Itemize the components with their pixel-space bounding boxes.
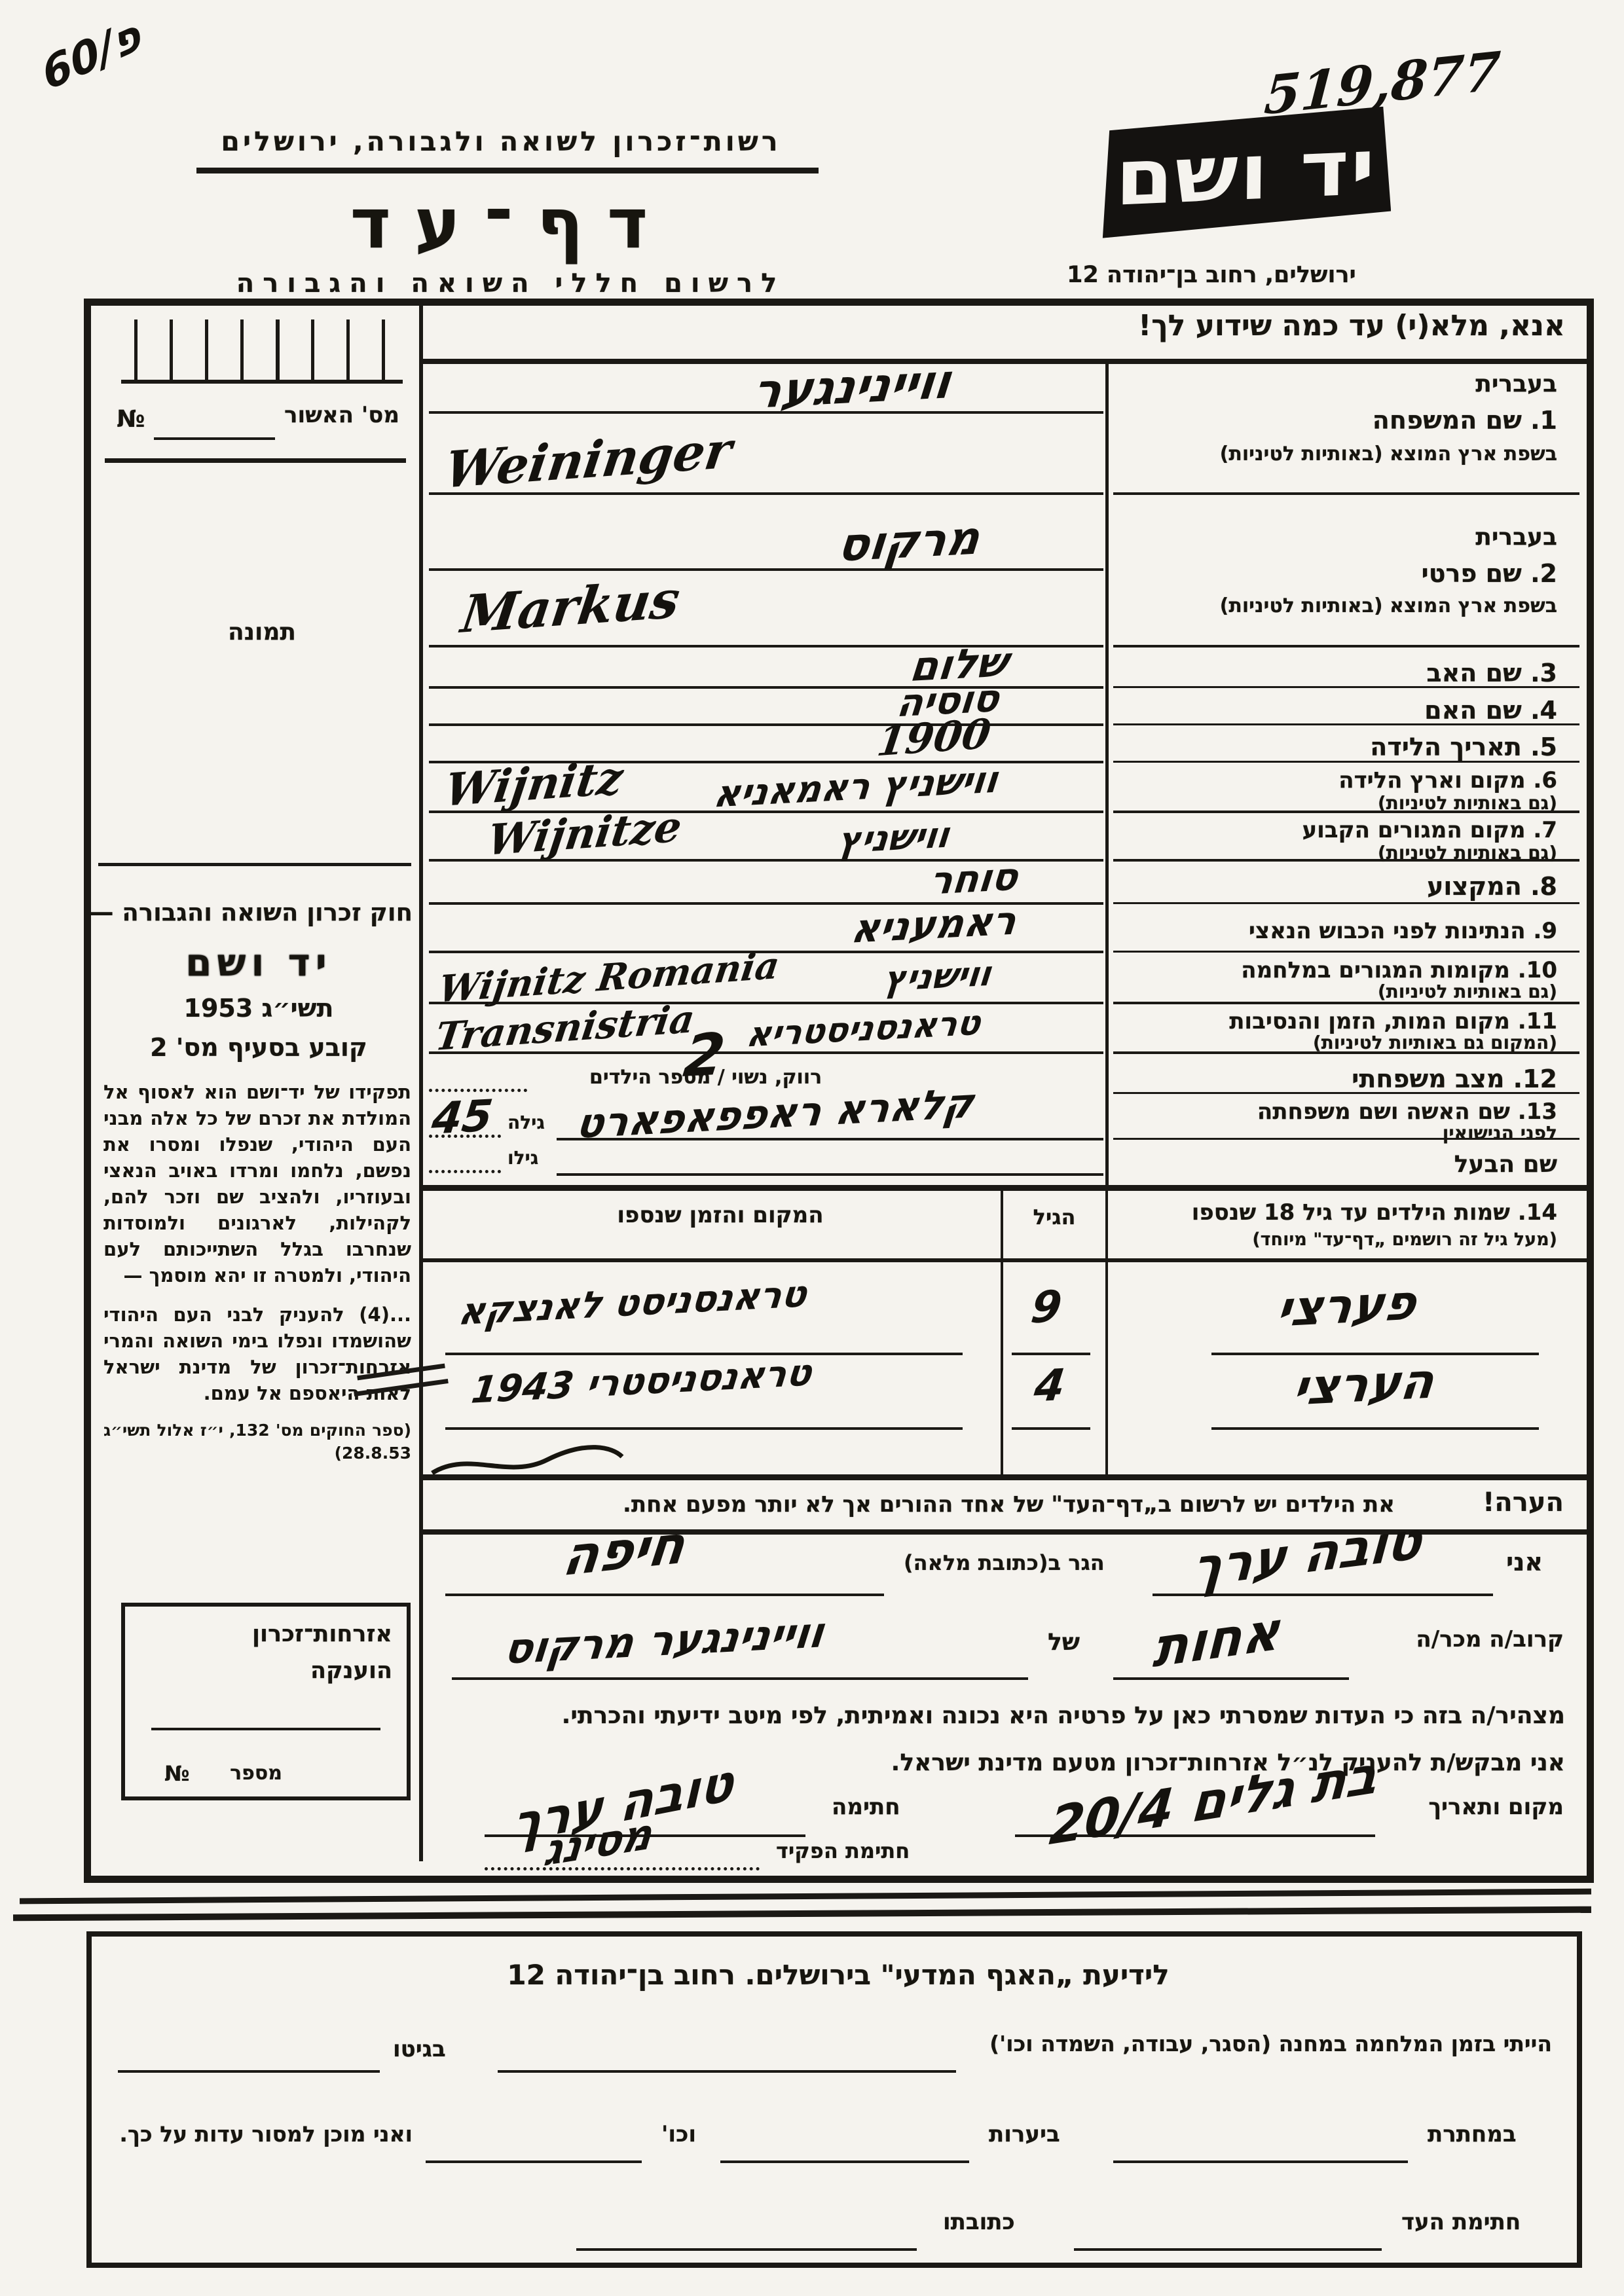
note-emphasis: הערה! [1408, 1487, 1564, 1518]
relation-of-label: של [1048, 1629, 1080, 1656]
etc-label: וכו' [661, 2121, 696, 2147]
relation-line [1113, 1677, 1349, 1680]
law-reference: (ספר החוקים מס' 132, י״ז אלול תשי״ג 28.8… [103, 1419, 411, 1465]
label-rule [1113, 902, 1579, 904]
label-rule [1113, 859, 1579, 862]
husband-age-label: גילו [507, 1147, 538, 1169]
field-10-sublabel: (גם באותיות לטיניות) [1113, 981, 1557, 1002]
wife-age-hw: 45 [429, 1090, 495, 1144]
field-2-lang-label: בעברית [1113, 524, 1557, 551]
child-row-2-line [445, 1427, 963, 1430]
label-rule [1113, 1002, 1579, 1004]
comb-ruler [121, 319, 403, 385]
yad-vashem-stamp: יד ושם [1099, 106, 1392, 238]
citizenship-line1: אזרחות־זכרון [252, 1621, 392, 1647]
citizenship-line2: הוענקה [310, 1658, 392, 1684]
child-row-2-age: 4 [1031, 1359, 1067, 1412]
relation-label: קרוב/ה מכר/ה [1362, 1626, 1564, 1652]
field-2-sublabel: בשפת ארץ המוצא (באותיות לטיניות) [1113, 594, 1557, 617]
answer-line [429, 686, 1103, 689]
law-heading: חוק זכרון השואה והגבורה — [105, 898, 413, 926]
corner-mark-handwritten: פ/60 [37, 9, 146, 101]
comb-tick [134, 319, 138, 380]
form-title: דף־עד [327, 183, 694, 264]
profession-hw: סוחר [927, 854, 1020, 903]
left-column-divider [419, 306, 423, 1861]
law-block-top-rule [98, 863, 411, 866]
field-2-label: 2. שם פרטי [1113, 559, 1557, 588]
field-8-label: 8. המקצוע [1113, 872, 1557, 901]
citizenship-blank-line [151, 1728, 380, 1730]
form-subtitle: לרשום חללי השואה והגבורה [236, 268, 786, 299]
label-rule [1113, 492, 1579, 495]
underground-label: במחתרת [1428, 2121, 1517, 2147]
note-text: את הילדים יש לרשום ב„דף־העד" של אחד ההור… [458, 1491, 1395, 1518]
comb-tick [311, 319, 314, 380]
signature-label: חתימה [832, 1794, 900, 1820]
label-rule [1113, 686, 1579, 688]
child-row-1-line [1012, 1353, 1090, 1355]
law-text-block: תפקידו של יד־ושם הוא לאסוף אל המולדת את … [103, 1079, 411, 1478]
label-rule [1113, 951, 1579, 953]
comb-tick [346, 319, 350, 380]
declaration-i-label: אני [1506, 1548, 1543, 1576]
children-age-col-right-divider [1105, 1185, 1108, 1474]
husband-name-label: שם הבעל [1113, 1151, 1557, 1178]
approval-underline [105, 458, 406, 463]
field-13-label: 13. שם האשה ושם משפחתה [1113, 1099, 1557, 1125]
field-6-label: 6. מקום וארץ הלידה [1113, 767, 1557, 793]
approval-number-sign: № [117, 406, 145, 433]
answer-line [429, 568, 1103, 571]
ghetto-blank-line [118, 2070, 380, 2073]
residence-hebrew-hw: ווישניץ [836, 814, 951, 861]
answer-line [429, 723, 1103, 726]
witness-address-label: כתובתו [943, 2209, 1015, 2235]
camp-label: הייתי בזמן המלחמה במחנה (הסגר, עבודה, הש… [969, 2031, 1552, 2056]
child-row-2-name: הערצי [1290, 1353, 1437, 1417]
label-rule [1113, 1051, 1579, 1054]
field-1-sublabel: בשפת ארץ המוצא (באותיות לטיניות) [1113, 443, 1557, 465]
instruction-underline [423, 359, 1593, 364]
testify-label: ואני מוכן למסור עדות על כך. [105, 2121, 413, 2147]
authority-title: רשות־זכרון לשואה ולגבורה, ירושלים [170, 126, 832, 157]
wartime-residence-hebrew-hw: ווישניץ [881, 954, 993, 999]
label-rule [1113, 1138, 1579, 1140]
label-rule [1113, 1092, 1579, 1094]
field-7-label: 7. מקום המגורים הקבוע [1113, 817, 1557, 843]
witness-sign-label: חתימת העד [1401, 2209, 1521, 2235]
scanned-testimony-page: { "document": { "corner_mark": "פ/60", "… [0, 0, 1624, 2296]
label-rule [1113, 811, 1579, 813]
witness-sign-blank-line [1074, 2248, 1382, 2251]
field-1-lang-label: בעברית [1113, 371, 1557, 397]
clerk-signature-line [485, 1867, 760, 1870]
yad-vashem-stamp-text: יד ושם [1115, 121, 1377, 223]
subject-name-line [452, 1677, 1028, 1680]
comb-tick [205, 319, 208, 380]
forests-blank-line [720, 2160, 969, 2163]
citizenship-hw: ראמעניא [849, 898, 1019, 953]
citizenship-number-sign: № [164, 1761, 190, 1786]
wife-age-label: גילה [507, 1112, 545, 1133]
etc-blank-line [426, 2160, 642, 2163]
family-name-hebrew-hw: וויינינגער [750, 354, 954, 419]
photo-placeholder-label: תמונה [196, 619, 327, 646]
label-column-divider [1105, 363, 1109, 1185]
birth-year-hw: 1900 [874, 710, 994, 766]
field-3-label: 3. שם האב [1113, 659, 1557, 687]
label-rule [1113, 761, 1579, 763]
place-date-label: מקום ותאריך [1388, 1794, 1564, 1820]
camp-blank-line [498, 2070, 956, 2073]
children-title-sub: (מעל גיל זה רושמים „דף־עד" מיוחד) [1113, 1230, 1557, 1250]
citizenship-number-label: מספר [230, 1762, 282, 1785]
field-11-sublabel: (המקום גם באותיות לטיניות) [1113, 1032, 1557, 1053]
authority-underline [196, 168, 819, 173]
header-address: ירושלים, רחוב בן־יהודה 12 [1002, 262, 1421, 288]
approval-number-label: מס' האשור [282, 402, 399, 428]
child-row-1-line [445, 1353, 963, 1355]
comb-baseline [121, 380, 403, 384]
declaration-address-label: הגר ב(כתובת מלאה) [904, 1550, 1105, 1575]
witness-address-blank-line [576, 2248, 917, 2251]
comb-tick [240, 319, 244, 380]
comb-tick [170, 319, 173, 380]
law-logo: יד ושם [144, 940, 373, 985]
children-header-bottom-rule [423, 1258, 1593, 1262]
approval-number-line [154, 437, 275, 440]
page-divider-rule [20, 1889, 1591, 1904]
law-year: תשי״ג 1953 [144, 994, 373, 1023]
field-9-label: 9. הנתינות לפני הכבוש הנאצי [1113, 918, 1557, 944]
law-body: תפקידו של יד־ושם הוא לאסוף אל המולדת את … [103, 1079, 411, 1288]
declaration-statement: מצהיר/ה בזה כי העדות שמסרתי כאן על פרטיה… [458, 1702, 1565, 1729]
forests-label: ביערות [989, 2121, 1060, 2147]
husband-age-leader [429, 1170, 501, 1173]
scientific-branch-title: לידיעת „האגף המדעי" בירושלים. רחוב בן־יה… [262, 1959, 1414, 1991]
label-rule [1113, 645, 1579, 647]
first-name-hebrew-hw: מרקוס [835, 511, 983, 572]
husband-name-line [557, 1173, 1103, 1176]
field-10-label: 10. מקומות המגורים במלחמה [1113, 957, 1557, 983]
declaration-request: אני מבקש/ת להעניק לנ״ל אזרחות־זכרון מטעם… [786, 1749, 1565, 1776]
child-row-1-line [1211, 1353, 1539, 1355]
children-table-bottom-rule [423, 1474, 1593, 1480]
comb-tick [276, 319, 280, 380]
ghetto-label: בגיטו [393, 2036, 446, 2062]
children-title: 14. שמות הילדים עד גיל 18 שנספו [1113, 1199, 1557, 1226]
comb-tick [382, 319, 385, 380]
citizenship-granted-box: אזרחות־זכרון הוענקה מספר № [121, 1603, 411, 1800]
label-rule [1113, 723, 1579, 725]
fill-instruction: אנא, מלא(י) עד כמה שידוע לך! [1113, 309, 1565, 342]
child-row-1-name: פערצי [1274, 1274, 1420, 1338]
children-place-header: המקום והזמן שנספו [524, 1202, 917, 1228]
field-5-label: 5. תאריך הלידה [1113, 733, 1557, 761]
page-divider-rule [13, 1906, 1591, 1922]
children-age-col-left-divider [1001, 1185, 1003, 1474]
field-12-label: 12. מצב משפחתי [1113, 1065, 1557, 1093]
declarant-address-line [445, 1594, 884, 1596]
child-row-2-line [1211, 1427, 1539, 1430]
field-1-label: 1. שם המשפחה [1113, 406, 1557, 435]
clerk-signature-label: חתימת הפקיד [776, 1838, 910, 1863]
children-age-header: הגיל [1005, 1205, 1103, 1230]
child-row-2-line [1012, 1427, 1090, 1430]
field-4-label: 4. שם האם [1113, 696, 1557, 725]
field-11-label: 11. מקום המות, הזמן והנסיבות [1113, 1008, 1557, 1034]
law-clause: קובע בסעיף מס' 2 [118, 1033, 399, 1062]
field-13-sublabel: לפני הנישואין [1113, 1122, 1557, 1144]
children-table-top-rule [423, 1185, 1593, 1191]
underground-blank-line [1113, 2160, 1408, 2163]
